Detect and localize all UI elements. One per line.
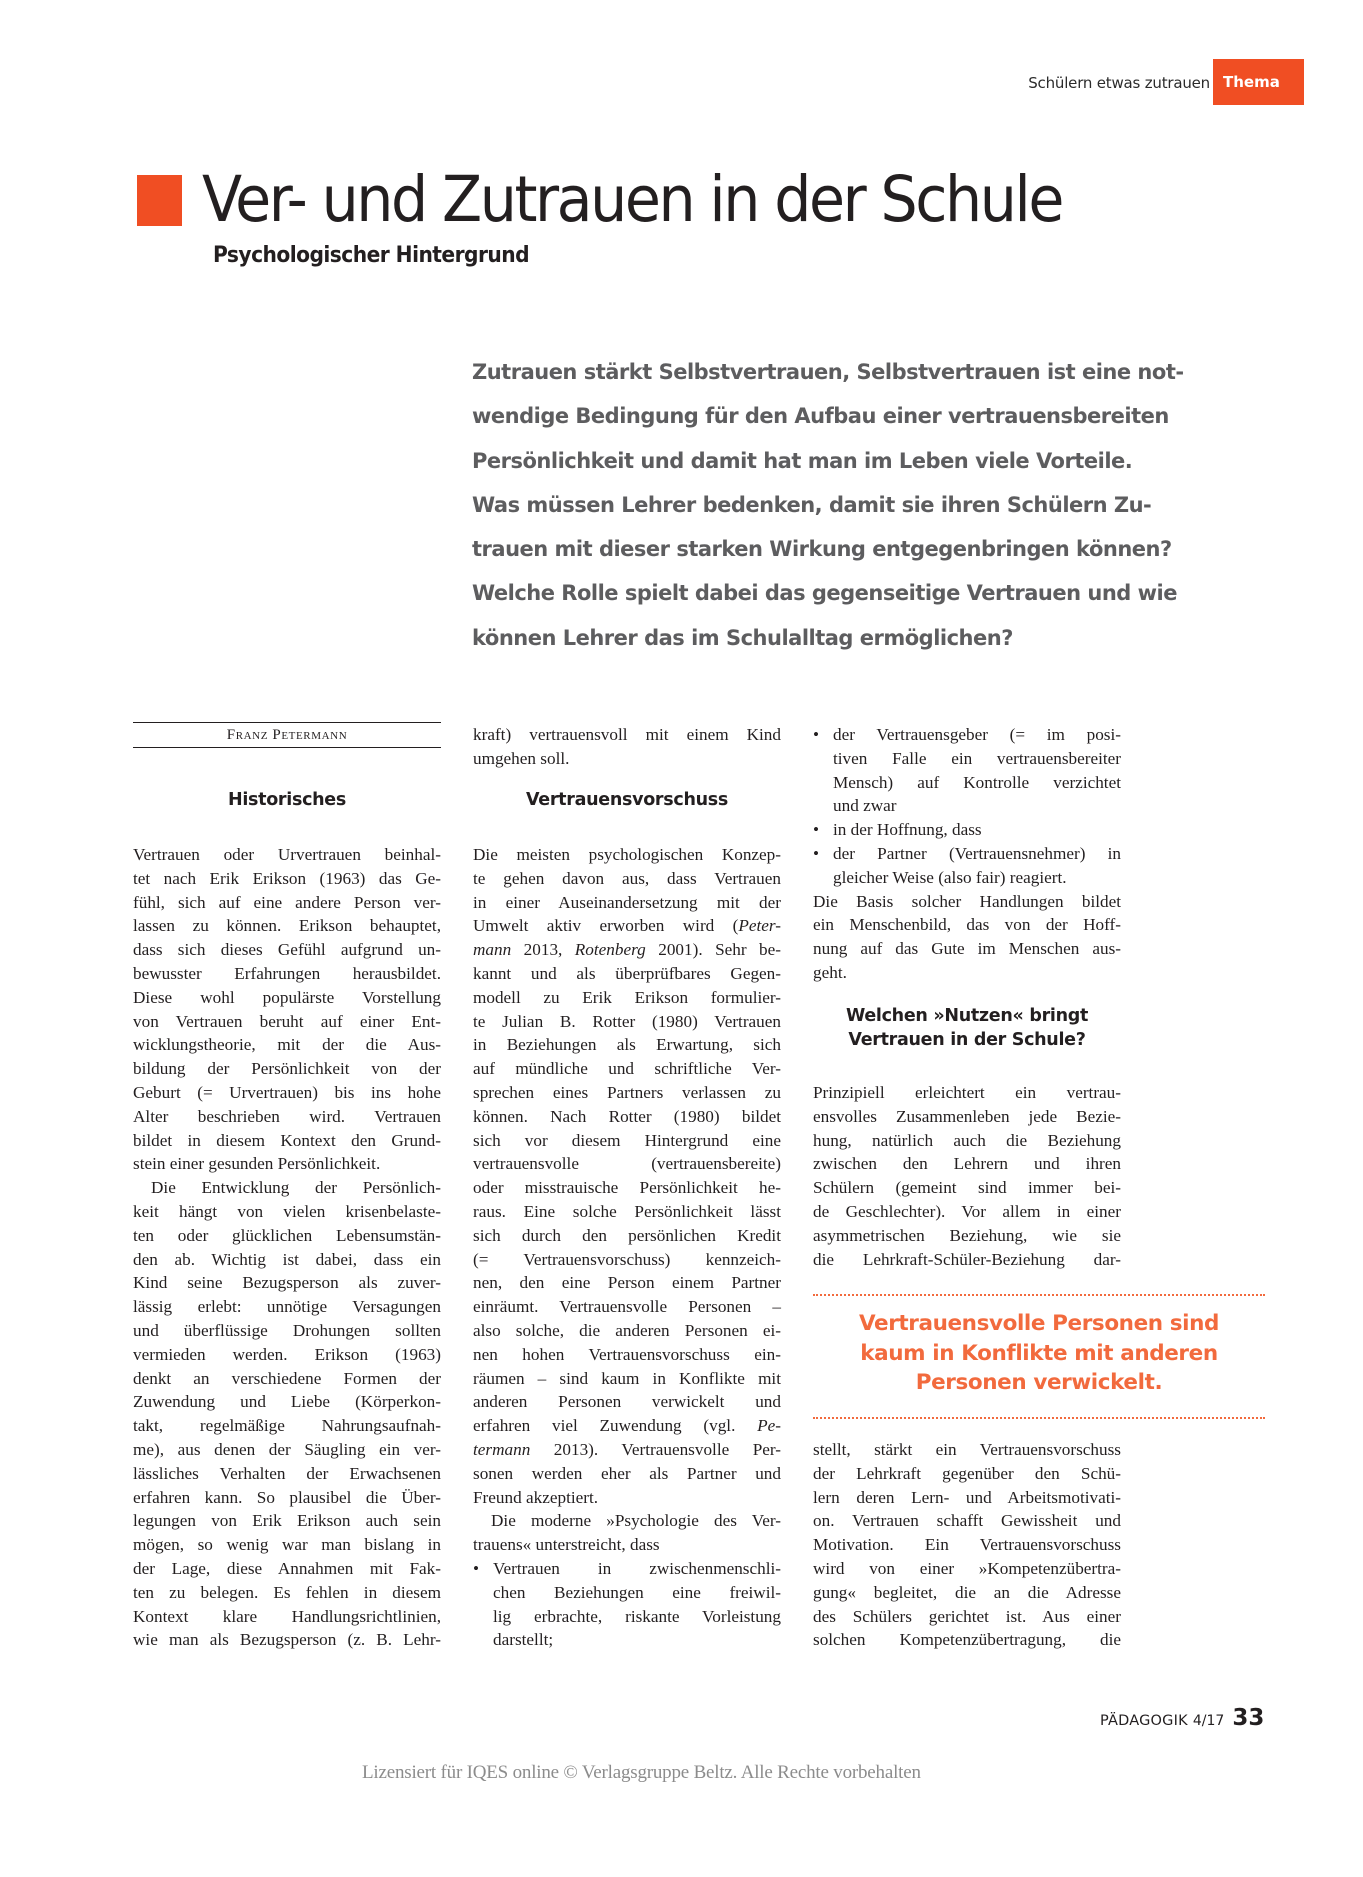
text-line: fühl, sich auf eine andere Person ver- [133, 891, 441, 915]
text-line: erfahren viel Zuwendung (vgl. Pe- [473, 1414, 781, 1438]
lead-line: Welche Rolle spielt dabei das gegenseiti… [472, 571, 1124, 615]
text-line: (= Vertrauensvorschuss) kennzeich- [473, 1248, 781, 1272]
text-line: keit hängt von vielen krisenbelaste- [133, 1200, 441, 1224]
issue-number: 4/17 [1193, 1713, 1224, 1729]
column-right-section3: stellt, stärkt ein Vertrauensvorschuss d… [813, 1438, 1121, 1652]
bullet-item: •Vertrauen in zwischenmenschli- [473, 1557, 781, 1581]
text-line: Prinzipiell erleichtert ein vertrau- [813, 1081, 1121, 1105]
text-line: Mensch) auf Kontrolle verzichtet [813, 771, 1121, 795]
citation-author: mann [473, 940, 511, 959]
text-line: takt, regelmäßige Nahrungsaufnah- [133, 1414, 441, 1438]
text-line: Freund akzeptiert. [473, 1486, 781, 1510]
heading-historisches: Historisches [133, 788, 441, 812]
text-line: wird von einer »Kompetenzübertra- [813, 1557, 1121, 1581]
lead-paragraph: Zutrauen stärkt Selbstvertrauen, Selbstv… [472, 350, 1124, 660]
text-line: Schülern (gemeint sind immer bei- [813, 1176, 1121, 1200]
lead-line: Was müssen Lehrer bedenken, damit sie ih… [472, 483, 1124, 527]
text-run: Umwelt aktiv erworben wird ( [473, 916, 738, 935]
text-line: me), aus denen der Säugling ein ver- [133, 1438, 441, 1462]
heading-nutzen-line: Vertrauen in der Schule? [813, 1028, 1121, 1052]
text-line: auf mündliche und schriftliche Ver- [473, 1057, 781, 1081]
text-run: erfahren viel Zuwendung (vgl. [473, 1416, 757, 1435]
pull-quote-line: Personen verwickelt. [813, 1368, 1265, 1398]
text-line: on. Vertrauen schafft Gewissheit und [813, 1509, 1121, 1533]
text-line: gleicher Weise (also fair) reagiert. [813, 866, 1121, 890]
text-line: und zwar [813, 794, 1121, 818]
heading-nutzen-line: Welchen »Nutzen« bringt [813, 1004, 1121, 1028]
text-line: also solche, die anderen Personen ei- [473, 1319, 781, 1343]
text-line: modell zu Erik Erikson formulier- [473, 986, 781, 1010]
title-square-icon [137, 175, 182, 226]
text-line: de Geschlechter). Vor allem in einer [813, 1200, 1121, 1224]
text-line: darstellt; [473, 1628, 781, 1652]
column-middle: Die meisten psychologischen Konzep- te g… [473, 843, 781, 1652]
text-line: tiven Falle ein vertrauensbereiter [813, 747, 1121, 771]
text-line: Umwelt aktiv erworben wird (Peter- [473, 914, 781, 938]
text-line: nen, den eine Person einem Partner [473, 1271, 781, 1295]
author-name: Franz Petermann [227, 727, 348, 743]
text-line: dass sich dieses Gefühl aufgrund un- [133, 938, 441, 962]
lead-line: Zutrauen stärkt Selbstvertrauen, Selbstv… [472, 350, 1124, 394]
text-line: sprechen eines Partners verlassen zu [473, 1081, 781, 1105]
text-line: lig erbrachte, riskante Vorleistung [473, 1605, 781, 1629]
column-right-section2: Prinzipiell erleichtert ein vertrau- ens… [813, 1081, 1121, 1271]
citation-author: Peter- [738, 916, 781, 935]
lead-line: trauen mit dieser starken Wirkung entgeg… [472, 527, 1124, 571]
text-line: lassen zu können. Erikson behauptet, [133, 914, 441, 938]
text-line: wie man als Bezugsperson (z. B. Lehr- [133, 1628, 441, 1652]
text-line: Die Entwicklung der Persönlich- [133, 1176, 441, 1200]
text-line: der Lage, diese Annahmen mit Fak- [133, 1557, 441, 1581]
text-line: der Lehrkraft gegenüber den Schü- [813, 1462, 1121, 1486]
lead-line: können Lehrer das im Schulalltag ermögli… [472, 616, 1124, 660]
text-line: mann 2013, Rotenberg 2001). Sehr be- [473, 938, 781, 962]
text-run: der Partner (Vertrauensnehmer) in [833, 844, 1121, 863]
text-run: 2001). Sehr be- [646, 940, 781, 959]
citation-author: termann [473, 1440, 530, 1459]
text-line: bildung der Persönlichkeit von der [133, 1057, 441, 1081]
lead-line: wendige Bedingung für den Aufbau einer v… [472, 394, 1124, 438]
bullet-item: •in der Hoffnung, dass [813, 818, 1121, 842]
running-head: Schülern etwas zutrauen [1000, 74, 1210, 92]
text-line: Diese wohl populärste Vorstellung [133, 986, 441, 1010]
text-line: und überflüssige Drohungen sollten [133, 1319, 441, 1343]
bullet-icon: • [473, 1557, 479, 1581]
footer-magazine-info: PÄDAGOGIK 4/17 33 [1100, 1705, 1260, 1731]
text-line: einräumt. Vertrauensvolle Personen – [473, 1295, 781, 1319]
page-number: 33 [1232, 1705, 1264, 1731]
text-line: ten oder glücklichen Lebensumstän- [133, 1224, 441, 1248]
text-line: umgehen soll. [473, 747, 781, 771]
section-tag: Thema [1213, 59, 1304, 105]
pull-quote: Vertrauensvolle Personen sind kaum in Ko… [813, 1294, 1265, 1419]
citation-author: Rotenberg [575, 940, 646, 959]
text-line: hung, natürlich auch die Beziehung [813, 1129, 1121, 1153]
license-notice: Lizensiert für IQES online © Verlagsgrup… [362, 1762, 921, 1784]
text-line: bewusster Erfahrungen herausbildet. [133, 962, 441, 986]
citation-author: Pe- [757, 1416, 781, 1435]
text-line: termann 2013). Vertrauensvolle Per- [473, 1438, 781, 1462]
text-line: kraft) vertrauensvoll mit einem Kind [473, 723, 781, 747]
text-line: sich durch den persönlichen Kredit [473, 1224, 781, 1248]
magazine-name: PÄDAGOGIK [1100, 1713, 1188, 1729]
column-right: •der Vertrauensgeber (= im posi- tiven F… [813, 723, 1121, 985]
lead-line: Persönlichkeit und damit hat man im Lebe… [472, 439, 1124, 483]
text-line: anderen Personen verwickelt und [473, 1390, 781, 1414]
text-line: in einer Auseinandersetzung mit der [473, 891, 781, 915]
text-line: oder misstrauische Persönlichkeit he- [473, 1176, 781, 1200]
text-line: stein einer gesunden Persönlichkeit. [133, 1152, 441, 1176]
text-line: gung« begleitet, die an die Adresse [813, 1581, 1121, 1605]
text-line: Zuwendung und Liebe (Körperkon- [133, 1390, 441, 1414]
text-line: in Beziehungen als Erwartung, sich [473, 1033, 781, 1057]
text-line: te gehen davon aus, dass Vertrauen [473, 867, 781, 891]
text-line: Die meisten psychologischen Konzep- [473, 843, 781, 867]
heading-nutzen: Welchen »Nutzen« bringt Vertrauen in der… [813, 1004, 1121, 1052]
text-run: Vertrauen in zwischenmenschli- [493, 1559, 781, 1578]
text-line: lässliches Verhalten der Erwachsenen [133, 1462, 441, 1486]
text-run: 2013). Vertrauensvolle Per- [530, 1440, 781, 1459]
text-line: Geburt (= Urvertrauen) bis ins hohe [133, 1081, 441, 1105]
article-subtitle: Psychologischer Hintergrund [213, 243, 529, 268]
text-line: sonen werden eher als Partner und [473, 1462, 781, 1486]
text-line: raus. Eine solche Persönlichkeit lässt [473, 1200, 781, 1224]
bullet-icon: • [813, 723, 819, 747]
text-line: mögen, so wenig war man bislang in [133, 1533, 441, 1557]
text-line: ein Menschenbild, das von der Hoff- [813, 913, 1121, 937]
column-middle-top: kraft) vertrauensvoll mit einem Kind umg… [473, 723, 781, 771]
pull-quote-text: Vertrauensvolle Personen sind kaum in Ko… [813, 1309, 1265, 1398]
pull-quote-line: kaum in Konflikte mit anderen [813, 1339, 1265, 1369]
text-line: ensvolles Zusammenleben jede Bezie- [813, 1105, 1121, 1129]
text-run: 2013, [511, 940, 575, 959]
text-line: lern deren Lern- und Arbeitsmotivati- [813, 1486, 1121, 1510]
text-line: stellt, stärkt ein Vertrauensvorschuss [813, 1438, 1121, 1462]
text-line: ten zu belegen. Es fehlen in diesem [133, 1581, 441, 1605]
text-line: geht. [813, 961, 1121, 985]
text-line: des Schülers gerichtet ist. Aus einer [813, 1605, 1121, 1629]
text-line: Motivation. Ein Vertrauensvorschuss [813, 1533, 1121, 1557]
bullet-icon: • [813, 818, 819, 842]
text-line: die Lehrkraft-Schüler-Beziehung dar- [813, 1248, 1121, 1272]
text-line: den ab. Wichtig ist dabei, dass ein [133, 1248, 441, 1272]
text-line: Die Basis solcher Handlungen bildet [813, 890, 1121, 914]
text-line: vermieden werden. Erikson (1963) [133, 1343, 441, 1367]
text-line: sich vor diesem Hintergrund eine [473, 1129, 781, 1153]
text-line: lässig erlebt: unnötige Versagungen [133, 1295, 441, 1319]
text-line: räumen – sind kaum in Konflikte mit [473, 1367, 781, 1391]
text-line: chen Beziehungen eine freiwil- [473, 1581, 781, 1605]
text-line: kannt und als überprüfbares Gegen- [473, 962, 781, 986]
bullet-item: •der Partner (Vertrauensnehmer) in [813, 842, 1121, 866]
article-title: Ver- und Zutrauen in der Schule [202, 160, 1062, 240]
text-line: können. Nach Rotter (1980) bildet [473, 1105, 781, 1129]
text-line: zwischen den Lehrern und ihren [813, 1152, 1121, 1176]
bullet-item: •der Vertrauensgeber (= im posi- [813, 723, 1121, 747]
text-line: tet nach Erik Erikson (1963) das Ge- [133, 867, 441, 891]
text-line: trauens« unterstreicht, dass [473, 1533, 781, 1557]
author-byline: Franz Petermann [133, 722, 441, 748]
text-line: Kind seine Bezugsperson als zuver- [133, 1271, 441, 1295]
bullet-icon: • [813, 842, 819, 866]
text-run: in der Hoffnung, dass [833, 820, 982, 839]
text-line: nung auf das Gute im Menschen aus- [813, 937, 1121, 961]
text-line: Alter beschrieben wird. Vertrauen [133, 1105, 441, 1129]
text-line: Vertrauen oder Urvertrauen beinhal- [133, 843, 441, 867]
text-run: der Vertrauensgeber (= im posi- [833, 725, 1121, 744]
text-line: Kontext klare Handlungsrichtlinien, [133, 1605, 441, 1629]
column-left: Vertrauen oder Urvertrauen beinhal- tet … [133, 843, 441, 1652]
text-line: wicklungstheorie, mit der die Aus- [133, 1033, 441, 1057]
text-line: erfahren kann. So plausibel die Über- [133, 1486, 441, 1510]
text-line: bildet in diesem Kontext den Grund- [133, 1129, 441, 1153]
text-line: te Julian B. Rotter (1980) Vertrauen [473, 1010, 781, 1034]
pull-quote-line: Vertrauensvolle Personen sind [813, 1309, 1265, 1339]
text-line: solchen Kompetenzübertragung, die [813, 1628, 1121, 1652]
text-line: Die moderne »Psychologie des Ver- [473, 1509, 781, 1533]
text-line: denkt an verschiedene Formen der [133, 1367, 441, 1391]
text-line: legungen von Erik Erikson auch sein [133, 1509, 441, 1533]
text-line: von Vertrauen beruht auf einer Ent- [133, 1010, 441, 1034]
text-line: asymmetrischen Beziehung, wie sie [813, 1224, 1121, 1248]
text-line: nen hohen Vertrauensvorschuss ein- [473, 1343, 781, 1367]
text-line: vertrauensvolle (vertrauensbereite) [473, 1152, 781, 1176]
heading-vertrauensvorschuss: Vertrauensvorschuss [473, 788, 781, 812]
